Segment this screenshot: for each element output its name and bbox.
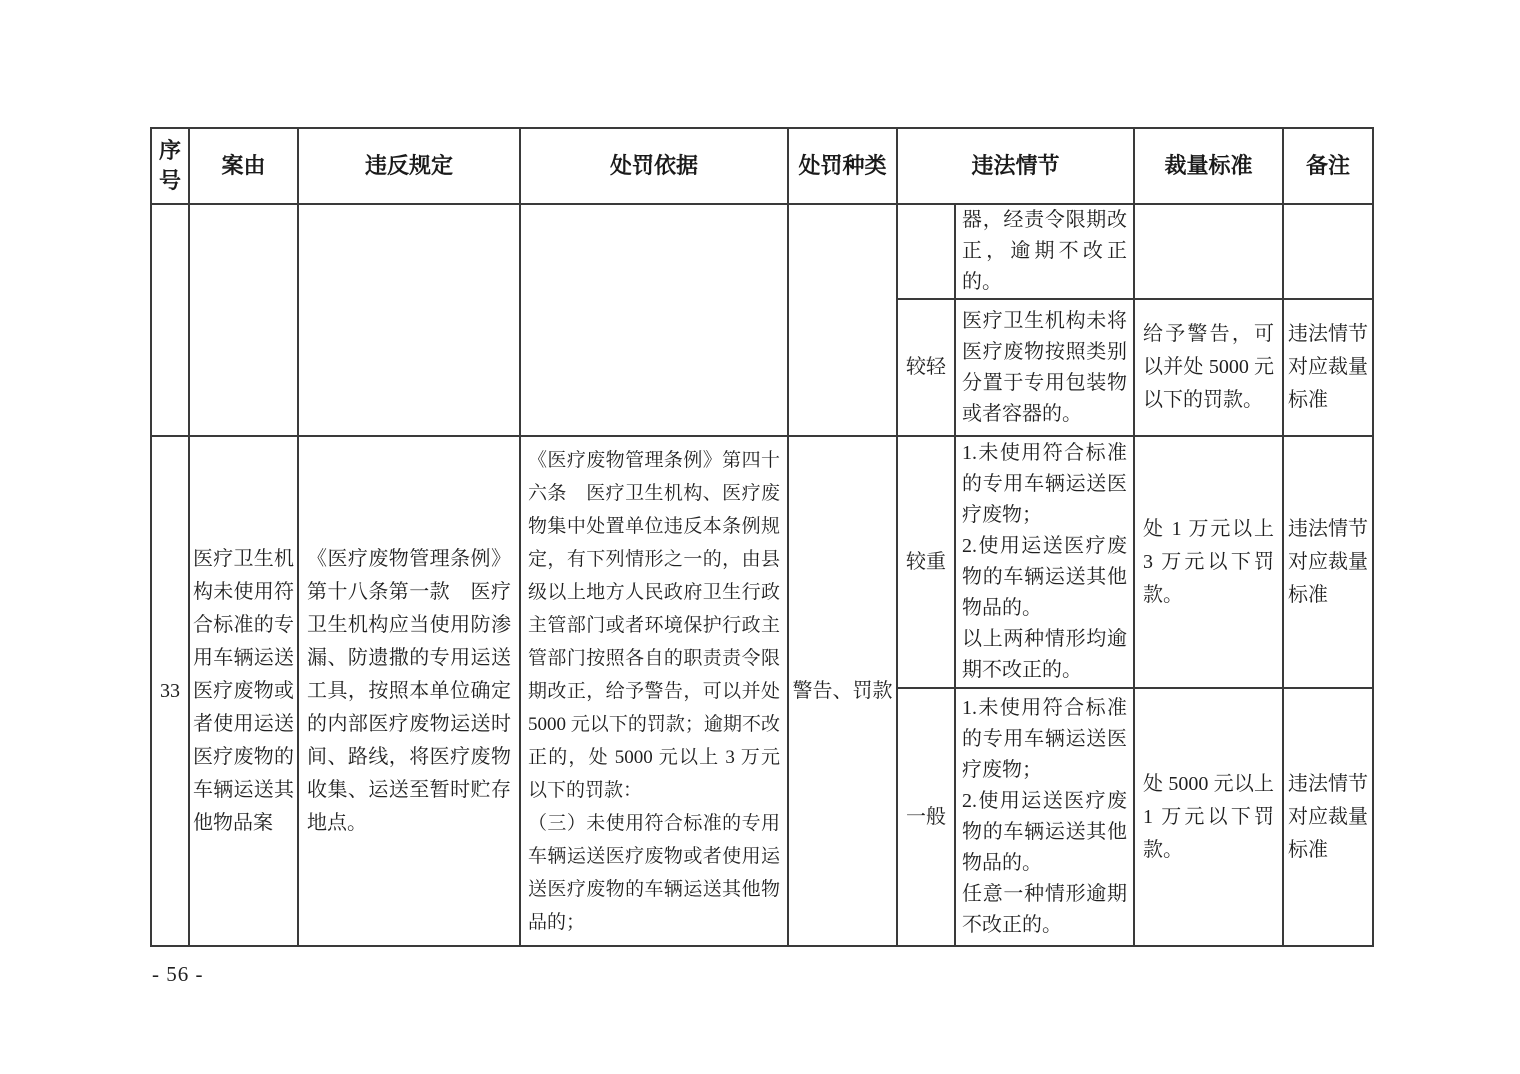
row33-remark-general-cell: 违法情节对应裁量标准 [1283, 688, 1373, 946]
page-number: - 56 - [152, 962, 204, 987]
header-circumstances: 违法情节 [897, 128, 1134, 204]
header-penalty-basis: 处罚依据 [520, 128, 788, 204]
header-standard: 裁量标准 [1134, 128, 1283, 204]
carryover-standard-empty-cell [1134, 204, 1283, 299]
header-row: 序号 案由 违反规定 处罚依据 处罚种类 违法情节 裁量标准 备注 [151, 128, 1373, 204]
carryover-circumstance-cell: 器，经责令限期改正，逾期不改正的。 [955, 204, 1134, 299]
carryover-remark-light-cell: 违法情节对应裁量标准 [1283, 299, 1373, 436]
header-cause: 案由 [189, 128, 298, 204]
row33-penalty-basis-cell: 《医疗废物管理条例》第四十六条 医疗卫生机构、医疗废物集中处置单位违反本条例规定… [520, 436, 788, 946]
row33-violated-rule-cell: 《医疗废物管理条例》第十八条第一款 医疗卫生机构应当使用防渗漏、防遗撒的专用运送… [298, 436, 520, 946]
carryover-penalty-basis-cell [520, 204, 788, 436]
row33-grade-general-cell: 一般 [897, 688, 955, 946]
row33-penalty-type-cell: 警告、罚款 [788, 436, 897, 946]
row33-circumstance-severe-cell: 1.未使用符合标准的专用车辆运送医疗废物； 2.使用运送医疗废物的车辆运送其他物… [955, 436, 1134, 688]
header-case-no: 序号 [151, 128, 189, 204]
carryover-grade-light-cell: 较轻 [897, 299, 955, 436]
carryover-violated-rule-cell [298, 204, 520, 436]
row33-grade-severe-cell: 较重 [897, 436, 955, 688]
penalty-table: 序号 案由 违反规定 处罚依据 处罚种类 违法情节 裁量标准 备注 器，经责令限… [150, 127, 1374, 947]
header-penalty-type: 处罚种类 [788, 128, 897, 204]
carryover-circumstance-light-cell: 医疗卫生机构未将医疗废物按照类别分置于专用包装物或者容器的。 [955, 299, 1134, 436]
carryover-grade-empty-cell [897, 204, 955, 299]
carryover-standard-light-cell: 给予警告，可以并处 5000 元以下的罚款。 [1134, 299, 1283, 436]
carryover-case-no-cell [151, 204, 189, 436]
row33-subrow-severe: 33 医疗卫生机构未使用符合标准的专用车辆运送医疗废物或者使用运送医疗废物的车辆… [151, 436, 1373, 688]
page-container: 序号 案由 违反规定 处罚依据 处罚种类 违法情节 裁量标准 备注 器，经责令限… [0, 0, 1520, 1074]
header-remark: 备注 [1283, 128, 1373, 204]
carryover-subrow-top: 器，经责令限期改正，逾期不改正的。 [151, 204, 1373, 299]
header-violated-rule: 违反规定 [298, 128, 520, 204]
row33-cause-cell: 医疗卫生机构未使用符合标准的专用车辆运送医疗废物或者使用运送医疗废物的车辆运送其… [189, 436, 298, 946]
carryover-remark-empty-cell [1283, 204, 1373, 299]
carryover-penalty-type-cell [788, 204, 897, 436]
row33-standard-general-cell: 处 5000 元以上 1 万元以下罚款。 [1134, 688, 1283, 946]
row33-standard-severe-cell: 处 1 万元以上 3 万元以下罚款。 [1134, 436, 1283, 688]
row33-remark-severe-cell: 违法情节对应裁量标准 [1283, 436, 1373, 688]
row33-circumstance-general-cell: 1.未使用符合标准的专用车辆运送医疗废物； 2.使用运送医疗废物的车辆运送其他物… [955, 688, 1134, 946]
row33-case-no-cell: 33 [151, 436, 189, 946]
carryover-cause-cell [189, 204, 298, 436]
